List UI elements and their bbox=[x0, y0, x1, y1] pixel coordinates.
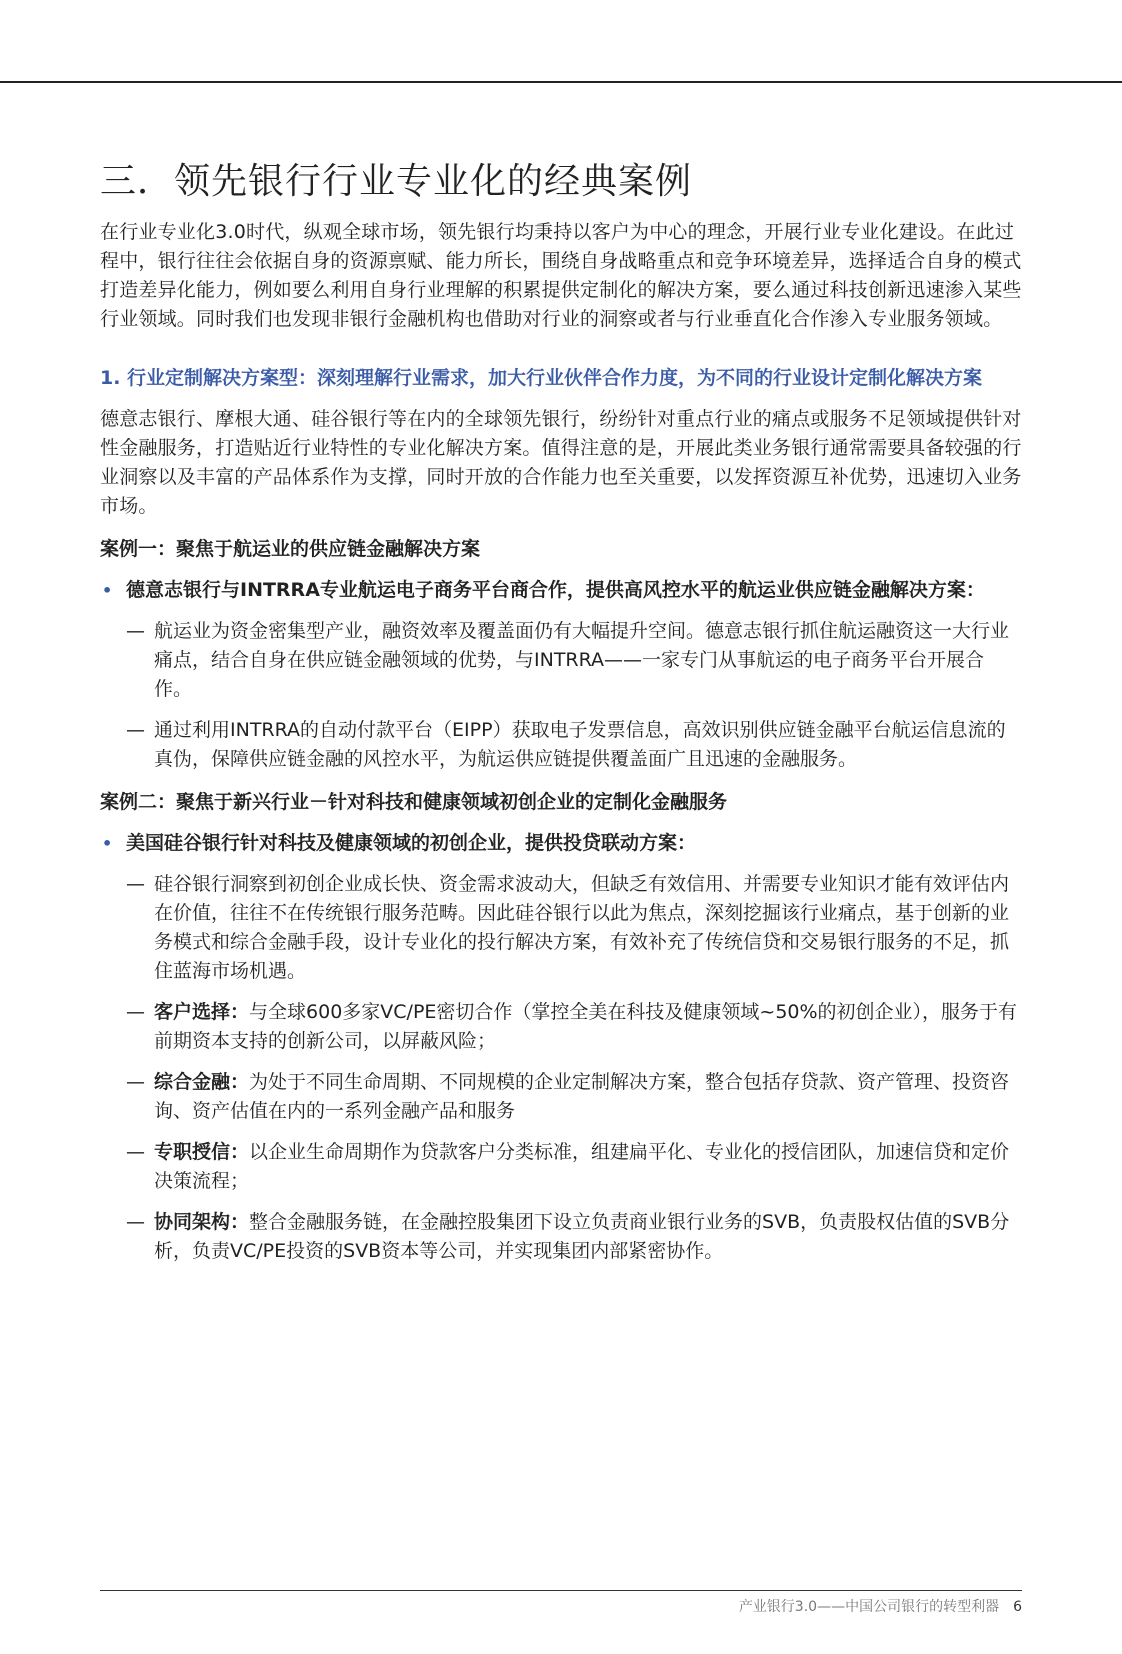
list-item: — 综合金融：为处于不同生命周期、不同规模的企业定制解决方案，整合包括存贷款、资… bbox=[100, 1068, 1022, 1126]
document-body: 在行业专业化3.0时代，纵观全球市场，领先银行均秉持以客户为中心的理念，开展行业… bbox=[100, 218, 1022, 1266]
list-item: — 客户选择：与全球600多家VC/PE密切合作（掌控全美在科技及健康领域~50… bbox=[100, 998, 1022, 1056]
list-item-text: 航运业为资金密集型产业，融资效率及覆盖面仍有大幅提升空间。德意志银行抓住航运融资… bbox=[154, 617, 1022, 704]
list-item-body: 专职授信：以企业生命周期作为贷款客户分类标准，组建扁平化、专业化的授信团队，加速… bbox=[154, 1138, 1022, 1196]
footer-rule bbox=[100, 1590, 1022, 1591]
list-item-body: 客户选择：与全球600多家VC/PE密切合作（掌控全美在科技及健康领域~50%的… bbox=[154, 998, 1022, 1056]
bullet-text: 德意志银行与INTRRA专业航运电子商务平台商合作，提供高风控水平的航运业供应链… bbox=[126, 576, 985, 605]
list-item-text: 与全球600多家VC/PE密切合作（掌控全美在科技及健康领域~50%的初创企业）… bbox=[154, 1001, 1017, 1052]
list-item-text: 以企业生命周期作为贷款客户分类标准，组建扁平化、专业化的授信团队，加速信贷和定价… bbox=[154, 1141, 1009, 1192]
dash-icon: — bbox=[126, 1068, 154, 1126]
list-item-text: 为处于不同生命周期、不同规模的企业定制解决方案，整合包括存贷款、资产管理、投资咨… bbox=[154, 1071, 1009, 1122]
list-item: — 通过利用INTRRA的自动付款平台（EIPP）获取电子发票信息，高效识别供应… bbox=[100, 716, 1022, 774]
header-rule bbox=[0, 81, 1122, 83]
list-item: — 专职授信：以企业生命周期作为贷款客户分类标准，组建扁平化、专业化的授信团队，… bbox=[100, 1138, 1022, 1196]
list-item-lead: 客户选择： bbox=[154, 1001, 249, 1023]
list-item-text: 整合金融服务链，在金融控股集团下设立负责商业银行业务的SVB，负责股权估值的SV… bbox=[154, 1211, 1009, 1262]
dash-icon: — bbox=[126, 1138, 154, 1196]
case-title: 案例一：聚焦于航运业的供应链金融解决方案 bbox=[100, 535, 1022, 564]
bullet-item: • 美国硅谷银行针对科技及健康领域的初创企业，提供投贷联动方案： bbox=[100, 829, 1022, 858]
list-item: — 硅谷银行洞察到初创企业成长快、资金需求波动大，但缺乏有效信用、并需要专业知识… bbox=[100, 870, 1022, 986]
page-title: 三．领先银行行业专业化的经典案例 bbox=[100, 158, 692, 206]
section-heading: 1. 行业定制解决方案型：深刻理解行业需求，加大行业伙伴合作力度，为不同的行业设… bbox=[100, 364, 1022, 393]
dash-icon: — bbox=[126, 617, 154, 704]
dash-icon: — bbox=[126, 1208, 154, 1266]
bullet-text: 美国硅谷银行针对科技及健康领域的初创企业，提供投贷联动方案： bbox=[126, 829, 696, 858]
list-item-body: 协同架构：整合金融服务链，在金融控股集团下设立负责商业银行业务的SVB，负责股权… bbox=[154, 1208, 1022, 1266]
list-item-lead: 专职授信： bbox=[154, 1141, 249, 1163]
list-item-lead: 综合金融： bbox=[154, 1071, 249, 1093]
page-number: 6 bbox=[1013, 1599, 1022, 1615]
dash-icon: — bbox=[126, 716, 154, 774]
bullet-item: • 德意志银行与INTRRA专业航运电子商务平台商合作，提供高风控水平的航运业供… bbox=[100, 576, 1022, 605]
page-footer: 产业银行3.0——中国公司银行的转型利器6 bbox=[739, 1597, 1022, 1617]
bullet-icon: • bbox=[100, 576, 126, 605]
section-paragraph: 德意志银行、摩根大通、硅谷银行等在内的全球领先银行，纷纷针对重点行业的痛点或服务… bbox=[100, 405, 1022, 521]
footer-title: 产业银行3.0——中国公司银行的转型利器 bbox=[739, 1599, 999, 1615]
list-item-lead: 协同架构： bbox=[154, 1211, 249, 1233]
list-item: — 协同架构：整合金融服务链，在金融控股集团下设立负责商业银行业务的SVB，负责… bbox=[100, 1208, 1022, 1266]
case-title: 案例二：聚焦于新兴行业－针对科技和健康领域初创企业的定制化金融服务 bbox=[100, 788, 1022, 817]
intro-paragraph: 在行业专业化3.0时代，纵观全球市场，领先银行均秉持以客户为中心的理念，开展行业… bbox=[100, 218, 1022, 334]
list-item-text: 硅谷银行洞察到初创企业成长快、资金需求波动大，但缺乏有效信用、并需要专业知识才能… bbox=[154, 870, 1022, 986]
list-item: — 航运业为资金密集型产业，融资效率及覆盖面仍有大幅提升空间。德意志银行抓住航运… bbox=[100, 617, 1022, 704]
dash-icon: — bbox=[126, 998, 154, 1056]
list-item-text: 通过利用INTRRA的自动付款平台（EIPP）获取电子发票信息，高效识别供应链金… bbox=[154, 716, 1022, 774]
dash-icon: — bbox=[126, 870, 154, 986]
list-item-body: 综合金融：为处于不同生命周期、不同规模的企业定制解决方案，整合包括存贷款、资产管… bbox=[154, 1068, 1022, 1126]
bullet-icon: • bbox=[100, 829, 126, 858]
